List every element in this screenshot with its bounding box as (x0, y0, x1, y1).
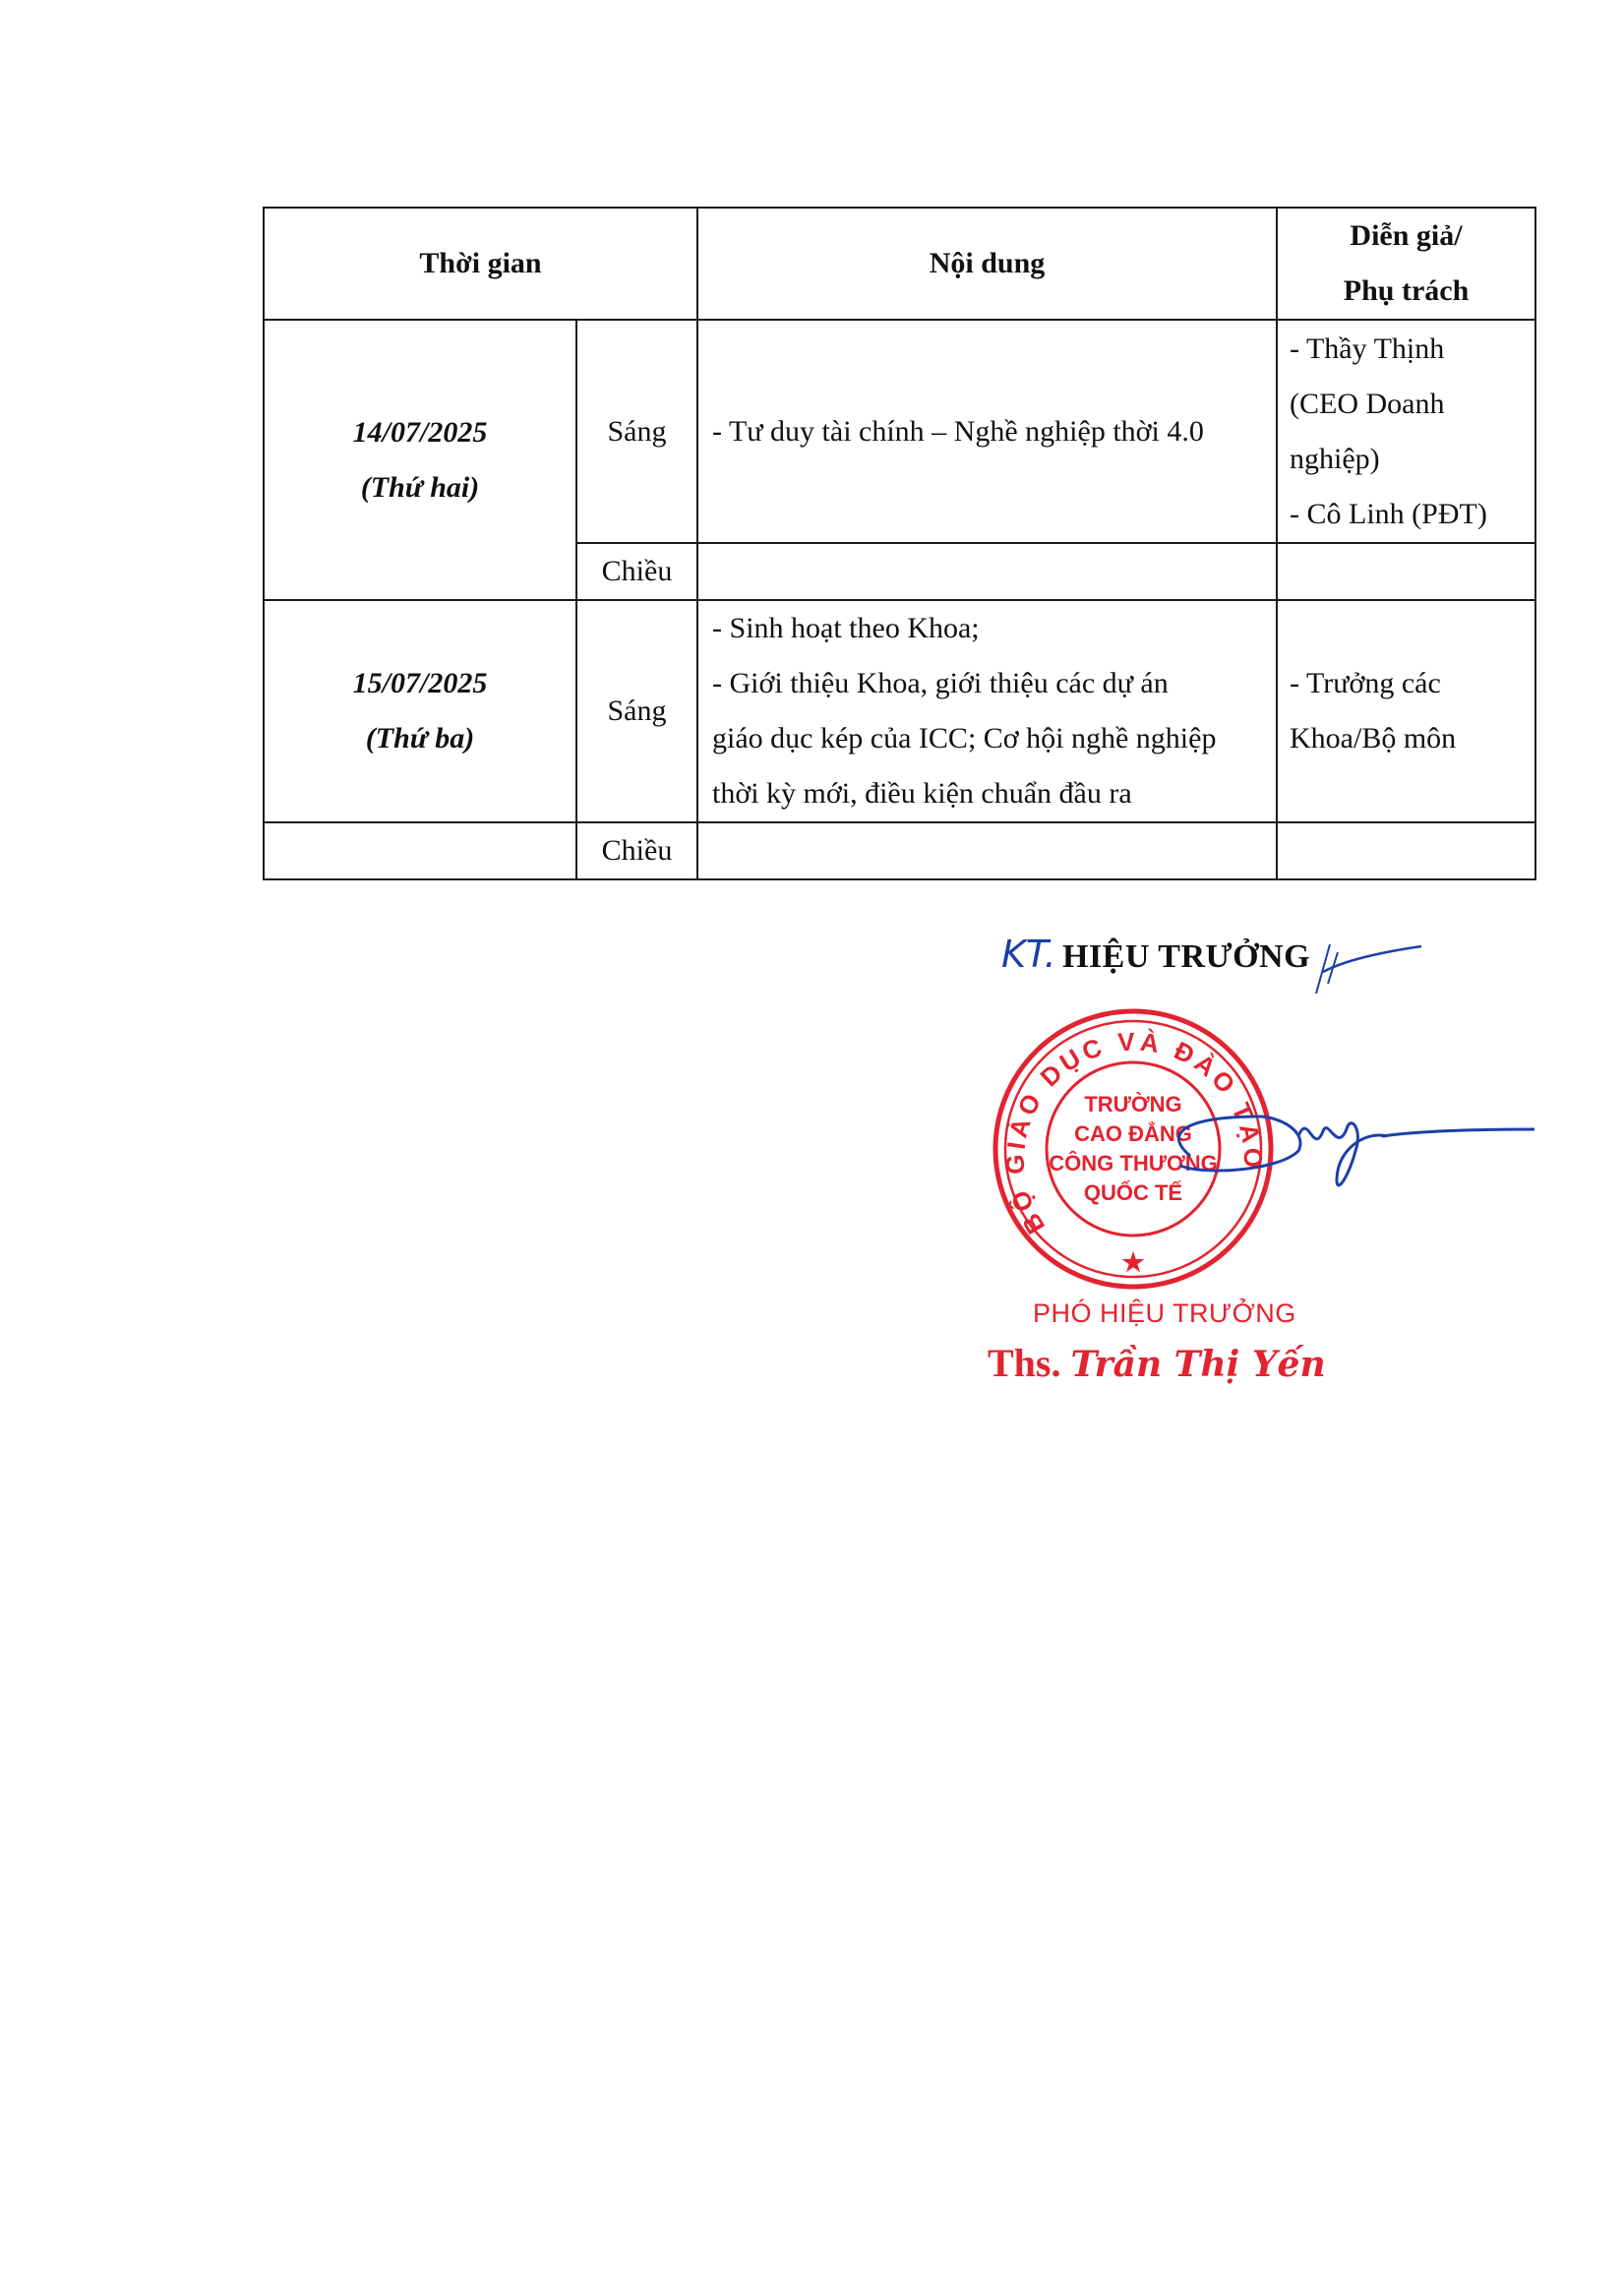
header-content: Nội dung (697, 208, 1277, 320)
speaker-cell (1277, 543, 1535, 600)
table-row: Chiều (264, 822, 1535, 879)
speaker-cell: - Trưởng các Khoa/Bộ môn (1277, 600, 1535, 822)
speaker-cell: - Thầy Thịnh (CEO Doanh nghiệp) - Cô Lin… (1277, 320, 1535, 543)
header-speaker: Diễn giả/ Phụ trách (1277, 208, 1535, 320)
seal-star-icon: ★ (1121, 1247, 1145, 1277)
content-line: - Sinh hoạt theo Khoa; (712, 601, 1268, 656)
header-speaker-line1: Diễn giả/ (1278, 209, 1534, 264)
content-cell: - Tư duy tài chính – Nghề nghiệp thời 4.… (697, 320, 1277, 543)
speaker-line: (CEO Doanh (1290, 377, 1534, 432)
session-cell: Chiều (576, 822, 697, 879)
header-speaker-line2: Phụ trách (1278, 264, 1534, 319)
speaker-line: nghiệp) (1290, 432, 1534, 487)
speaker-line: - Trưởng các (1290, 656, 1534, 711)
speaker-line: - Thầy Thịnh (1290, 322, 1534, 377)
speaker-line: Khoa/Bộ môn (1290, 711, 1534, 766)
signer-role: PHÓ HIỆU TRƯỞNG (1033, 1298, 1296, 1329)
signer-prefix: Ths. (988, 1341, 1061, 1385)
table-header-row: Thời gian Nội dung Diễn giả/ Phụ trách (264, 208, 1535, 320)
signature-block: KT. HIỆU TRƯỞNG BỘ GIÁO DỤC VÀ ĐÀO TẠO T… (984, 935, 1534, 1407)
signer-fullname: Trần Thị Yến (1071, 1344, 1326, 1385)
schedule-table: Thời gian Nội dung Diễn giả/ Phụ trách 1… (263, 207, 1536, 880)
table-row: 14/07/2025 (Thứ hai) Sáng - Tư duy tài c… (264, 320, 1535, 543)
date: 15/07/2025 (265, 656, 575, 711)
session-cell: Sáng (576, 600, 697, 822)
date-cell: 15/07/2025 (Thứ ba) (264, 600, 576, 822)
content-cell: - Sinh hoạt theo Khoa; - Giới thiệu Khoa… (697, 600, 1277, 822)
signer-name: Ths. Trần Thị Yến (988, 1340, 1326, 1386)
table-row: 15/07/2025 (Thứ ba) Sáng - Sinh hoạt the… (264, 600, 1535, 822)
weekday: (Thứ hai) (265, 460, 575, 515)
speaker-cell (1277, 822, 1535, 879)
date-cell: 14/07/2025 (Thứ hai) (264, 320, 576, 600)
handwritten-signature-icon (984, 935, 1534, 1230)
header-time: Thời gian (264, 208, 697, 320)
weekday: (Thứ ba) (265, 711, 575, 766)
content-cell (697, 543, 1277, 600)
content-cell (697, 822, 1277, 879)
speaker-line: - Cô Linh (PĐT) (1290, 487, 1534, 542)
content-line: giáo dục kép của ICC; Cơ hội nghề nghiệp (712, 711, 1268, 766)
date-cell (264, 822, 576, 879)
session-cell: Sáng (576, 320, 697, 543)
session-cell: Chiều (576, 543, 697, 600)
content-line: thời kỳ mới, điều kiện chuẩn đầu ra (712, 766, 1268, 821)
date: 14/07/2025 (265, 405, 575, 460)
content-line: - Giới thiệu Khoa, giới thiệu các dự án (712, 656, 1268, 711)
content-line: - Tư duy tài chính – Nghề nghiệp thời 4.… (712, 404, 1268, 459)
